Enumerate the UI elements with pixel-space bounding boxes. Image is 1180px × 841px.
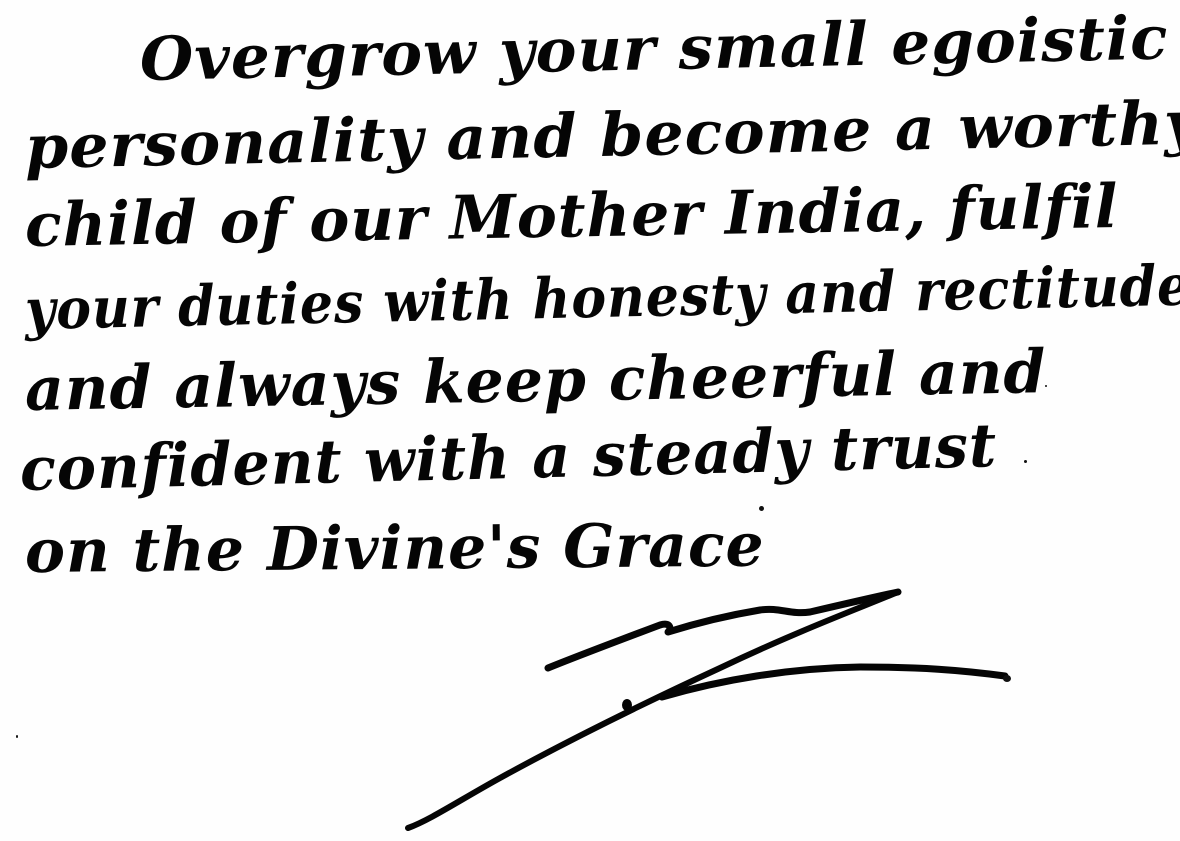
scan-speck — [1045, 385, 1047, 387]
scan-speck — [1024, 460, 1027, 463]
signature-stroke-upper — [548, 592, 898, 668]
note-line-4: your duties with honesty and rectitude, — [24, 257, 1180, 338]
note-line-1: Overgrow your small egoistic — [139, 8, 1169, 90]
scan-speck — [759, 506, 764, 511]
signature-stroke-diagonal — [408, 592, 898, 828]
note-line-5: and always keep cheerful and — [24, 342, 1046, 420]
note-line-6: confident with a steady trust — [19, 416, 997, 500]
scan-speck — [1003, 675, 1011, 682]
note-line-3: child of our Mother India, fulfil — [24, 177, 1118, 256]
handwritten-note-page: Overgrow your small egoistic personality… — [0, 0, 1180, 841]
note-line-2: personality and become a worthy — [24, 93, 1180, 178]
scan-speck — [16, 735, 18, 738]
signature-dot — [622, 699, 632, 711]
note-line-7: on the Divine's Grace — [25, 516, 765, 582]
signature-stroke-arc — [662, 667, 1005, 697]
